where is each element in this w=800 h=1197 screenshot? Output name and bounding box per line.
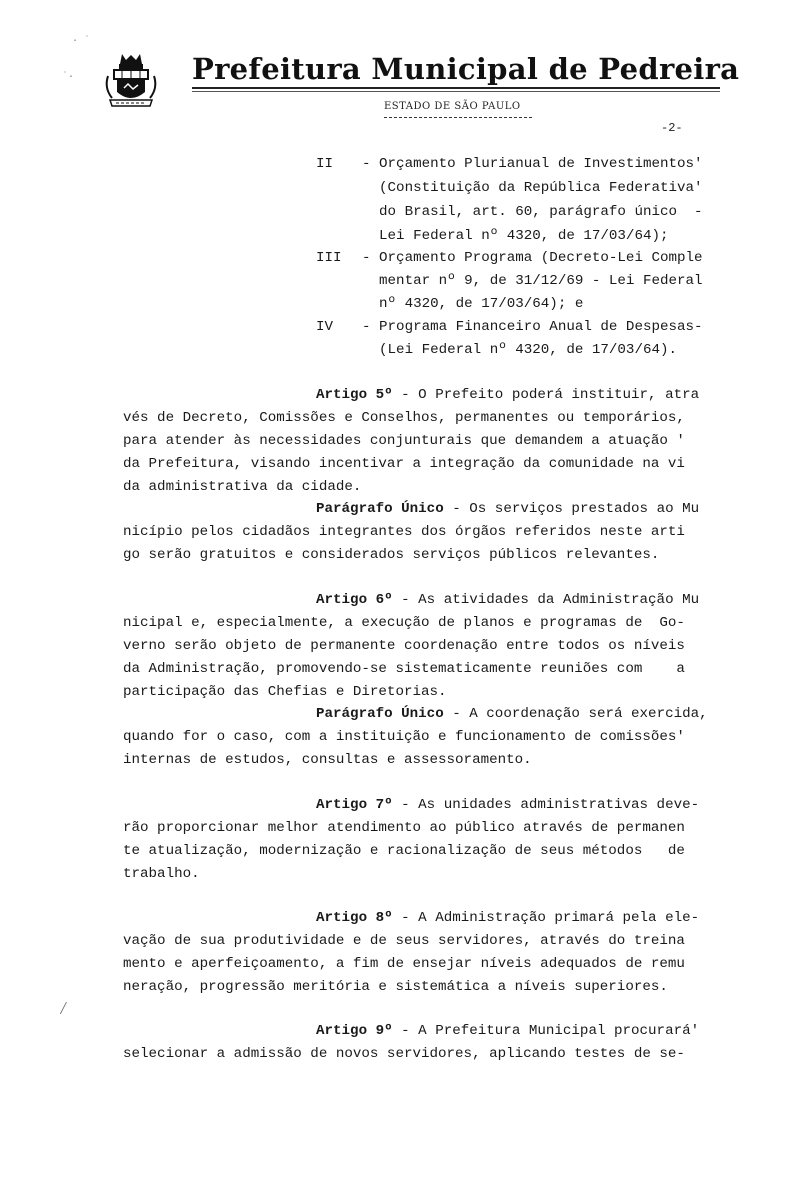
article-text: - A Administração primará pela ele- — [393, 910, 700, 926]
article-heading: Artigo 5º — [316, 387, 393, 403]
article-line: da Prefeitura, visando incentivar a inte… — [123, 456, 685, 472]
list-numeral: II — [316, 156, 333, 172]
paragraph-heading: Parágrafo Único — [316, 501, 444, 517]
article-heading: Artigo 7º — [316, 797, 393, 813]
paragraph-line: quando for o caso, com a instituição e f… — [123, 729, 685, 745]
coat-of-arms-icon — [100, 52, 162, 110]
header-rule — [192, 87, 720, 89]
page-title: Prefeitura Municipal de Pedreira — [192, 52, 739, 86]
paragraph-first-line: Parágrafo Único - A coordenação será exe… — [316, 706, 708, 722]
list-line: Lei Federal nº 4320, de 17/03/64); — [362, 228, 669, 244]
article-line: mento e aperfeiçoamento, a fim de enseja… — [123, 956, 685, 972]
article-text: - O Prefeito poderá instituir, atra — [393, 387, 700, 403]
article-line: da administrativa da cidade. — [123, 479, 361, 495]
article-heading: Artigo 6º — [316, 592, 393, 608]
article-line: trabalho. — [123, 866, 200, 882]
subtitle-underline — [384, 117, 532, 118]
article-line: da Administração, promovendo-se sistemat… — [123, 661, 685, 677]
scan-speck: · ˙ — [72, 36, 90, 47]
paragraph-heading: Parágrafo Único — [316, 706, 444, 722]
article-line: vés de Decreto, Comissões e Conselhos, p… — [123, 410, 685, 426]
list-line: (Lei Federal nº 4320, de 17/03/64). — [362, 342, 677, 358]
margin-mark: ⁄ — [58, 1000, 69, 1020]
scan-speck: ˙· — [62, 72, 74, 83]
article-first-line: Artigo 9º - A Prefeitura Municipal procu… — [316, 1023, 699, 1039]
list-numeral: III — [316, 250, 342, 266]
article-heading: Artigo 8º — [316, 910, 393, 926]
article-text: - As unidades administrativas deve- — [393, 797, 700, 813]
list-line: - Programa Financeiro Anual de Despesas- — [362, 319, 703, 335]
article-line: rão proporcionar melhor atendimento ao p… — [123, 820, 685, 836]
article-line: neração, progressão meritória e sistemát… — [123, 979, 668, 995]
article-first-line: Artigo 5º - O Prefeito poderá instituir,… — [316, 387, 699, 403]
list-line: - Orçamento Programa (Decreto-Lei Comple — [362, 250, 703, 266]
article-line: nicipal e, especialmente, a execução de … — [123, 615, 685, 631]
paragraph-text: - A coordenação será exercida, — [444, 706, 708, 722]
article-line: vação de sua produtividade e de seus ser… — [123, 933, 685, 949]
article-line: verno serão objeto de permanente coorden… — [123, 638, 685, 654]
paragraph-line: nicípio pelos cidadãos integrantes dos ó… — [123, 524, 685, 540]
paragraph-text: - Os serviços prestados ao Mu — [444, 501, 699, 517]
article-heading: Artigo 9º — [316, 1023, 393, 1039]
article-line: participação das Chefias e Diretorias. — [123, 684, 447, 700]
state-subtitle: ESTADO DE SÃO PAULO — [384, 101, 521, 112]
header-rule-thin — [192, 91, 720, 92]
list-line: - Orçamento Plurianual de Investimentos' — [362, 156, 703, 172]
list-line: (Constituição da República Federativa' — [362, 180, 703, 196]
list-numeral: IV — [316, 319, 333, 335]
article-line: selecionar a admissão de novos servidore… — [123, 1046, 685, 1062]
list-line: mentar nº 9, de 31/12/69 - Lei Federal — [362, 273, 703, 289]
article-text: - A Prefeitura Municipal procurará' — [393, 1023, 700, 1039]
article-first-line: Artigo 6º - As atividades da Administraç… — [316, 592, 699, 608]
article-line: te atualização, modernização e racionali… — [123, 843, 685, 859]
article-first-line: Artigo 8º - A Administração primará pela… — [316, 910, 699, 926]
list-line: do Brasil, art. 60, parágrafo único - — [362, 204, 703, 220]
article-line: para atender às necessidades conjunturai… — [123, 433, 685, 449]
paragraph-line: go serão gratuitos e considerados serviç… — [123, 547, 659, 563]
paragraph-line: internas de estudos, consultas e assesso… — [123, 752, 532, 768]
list-line: nº 4320, de 17/03/64); e — [362, 296, 583, 312]
article-text: - As atividades da Administração Mu — [393, 592, 700, 608]
article-first-line: Artigo 7º - As unidades administrativas … — [316, 797, 699, 813]
paragraph-first-line: Parágrafo Único - Os serviços prestados … — [316, 501, 699, 517]
document-page: Prefeitura Municipal de Pedreira ESTADO … — [0, 0, 800, 1197]
page-number: -2- — [661, 121, 683, 135]
